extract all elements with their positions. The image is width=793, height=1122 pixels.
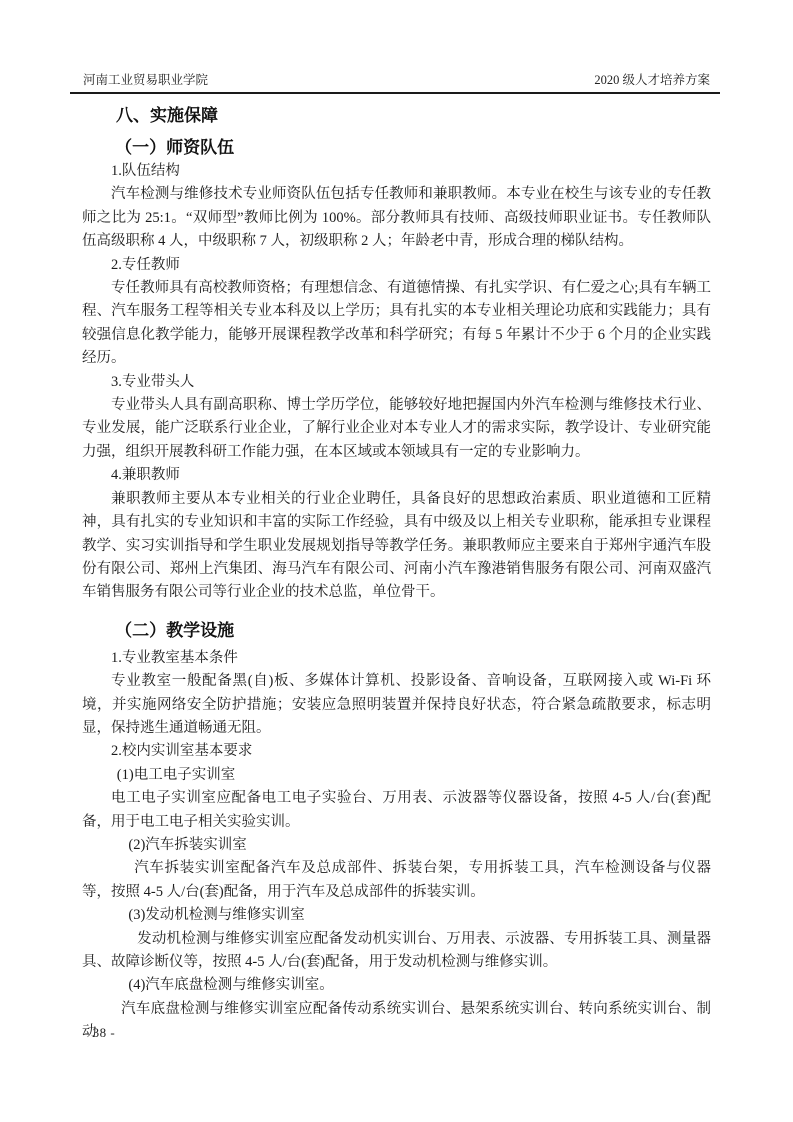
paragraph-fulltime-teachers: 专任教师具有高校教师资格；有理想信念、有道德情操、有扎实学识、有仁爱之心;具有车… [82, 277, 711, 371]
paren-item-4-chassis-lab: (4)汽车底盘检测与维修实训室。 [82, 974, 711, 997]
paragraph-program-leader: 专业带头人具有副高职称、博士学历学位，能够较好地把握国内外汽车检测与维修技术行业… [82, 394, 711, 464]
paragraph-engine-lab: 发动机检测与维修实训室应配备发动机实训台、万用表、示波器、专用拆装工具、测量器具… [82, 928, 711, 975]
numbered-item-1: 1.队伍结构 [82, 160, 711, 183]
subsection-heading-2-facilities: （二）教学设施 [82, 619, 711, 643]
numbered-item-2: 2.专任教师 [82, 254, 711, 277]
document-page: 河南工业贸易职业学院 2020 级人才培养方案 八、实施保障 （一）师资队伍 1… [0, 0, 793, 1122]
page-number: - 38 - [84, 1024, 115, 1042]
numbered-item-classroom: 1.专业教室基本条件 [82, 647, 711, 670]
paragraph-classroom: 专业教室一般配备黑(自)板、多媒体计算机、投影设备、音响设备，互联网接入或 Wi… [82, 670, 711, 740]
subsection-heading-1-faculty: （一）师资队伍 [82, 136, 711, 160]
paragraph-parttime-teachers: 兼职教师主要从本专业相关的行业企业聘任，具备良好的思想政治素质、职业道德和工匠精… [82, 488, 711, 605]
section-heading-8: 八、实施保障 [82, 104, 711, 128]
paragraph-electric-lab: 电工电子实训室应配备电工电子实验台、万用表、示波器等仪器设备，按照 4-5 人/… [82, 787, 711, 834]
paragraph-chassis-lab: 汽车底盘检测与维修实训室应配备传动系统实训台、悬架系统实训台、转向系统实训台、制… [82, 998, 711, 1045]
paren-item-3-engine-lab: (3)发动机检测与维修实训室 [82, 904, 711, 927]
numbered-item-4: 4.兼职教师 [82, 464, 711, 487]
header-plan-title: 2020 级人才培养方案 [594, 72, 710, 88]
header-school-name: 河南工业贸易职业学院 [83, 72, 208, 88]
numbered-item-3: 3.专业带头人 [82, 371, 711, 394]
paragraph-team-structure: 汽车检测与维修技术专业师资队伍包括专任教师和兼职教师。本专业在校生与该专业的专任… [82, 183, 711, 253]
paren-item-1-electric-lab: (1)电工电子实训室 [82, 764, 711, 787]
document-body: 八、实施保障 （一）师资队伍 1.队伍结构 汽车检测与维修技术专业师资队伍包括专… [82, 98, 711, 1045]
paren-item-2-disassembly-lab: (2)汽车拆装实训室 [82, 834, 711, 857]
numbered-item-training-rooms: 2.校内实训室基本要求 [82, 740, 711, 763]
paragraph-disassembly-lab: 汽车拆装实训室配备汽车及总成部件、拆装台架，专用拆装工具，汽车检测设备与仪器等，… [82, 857, 711, 904]
page-header: 河南工业贸易职业学院 2020 级人才培养方案 [70, 72, 720, 94]
